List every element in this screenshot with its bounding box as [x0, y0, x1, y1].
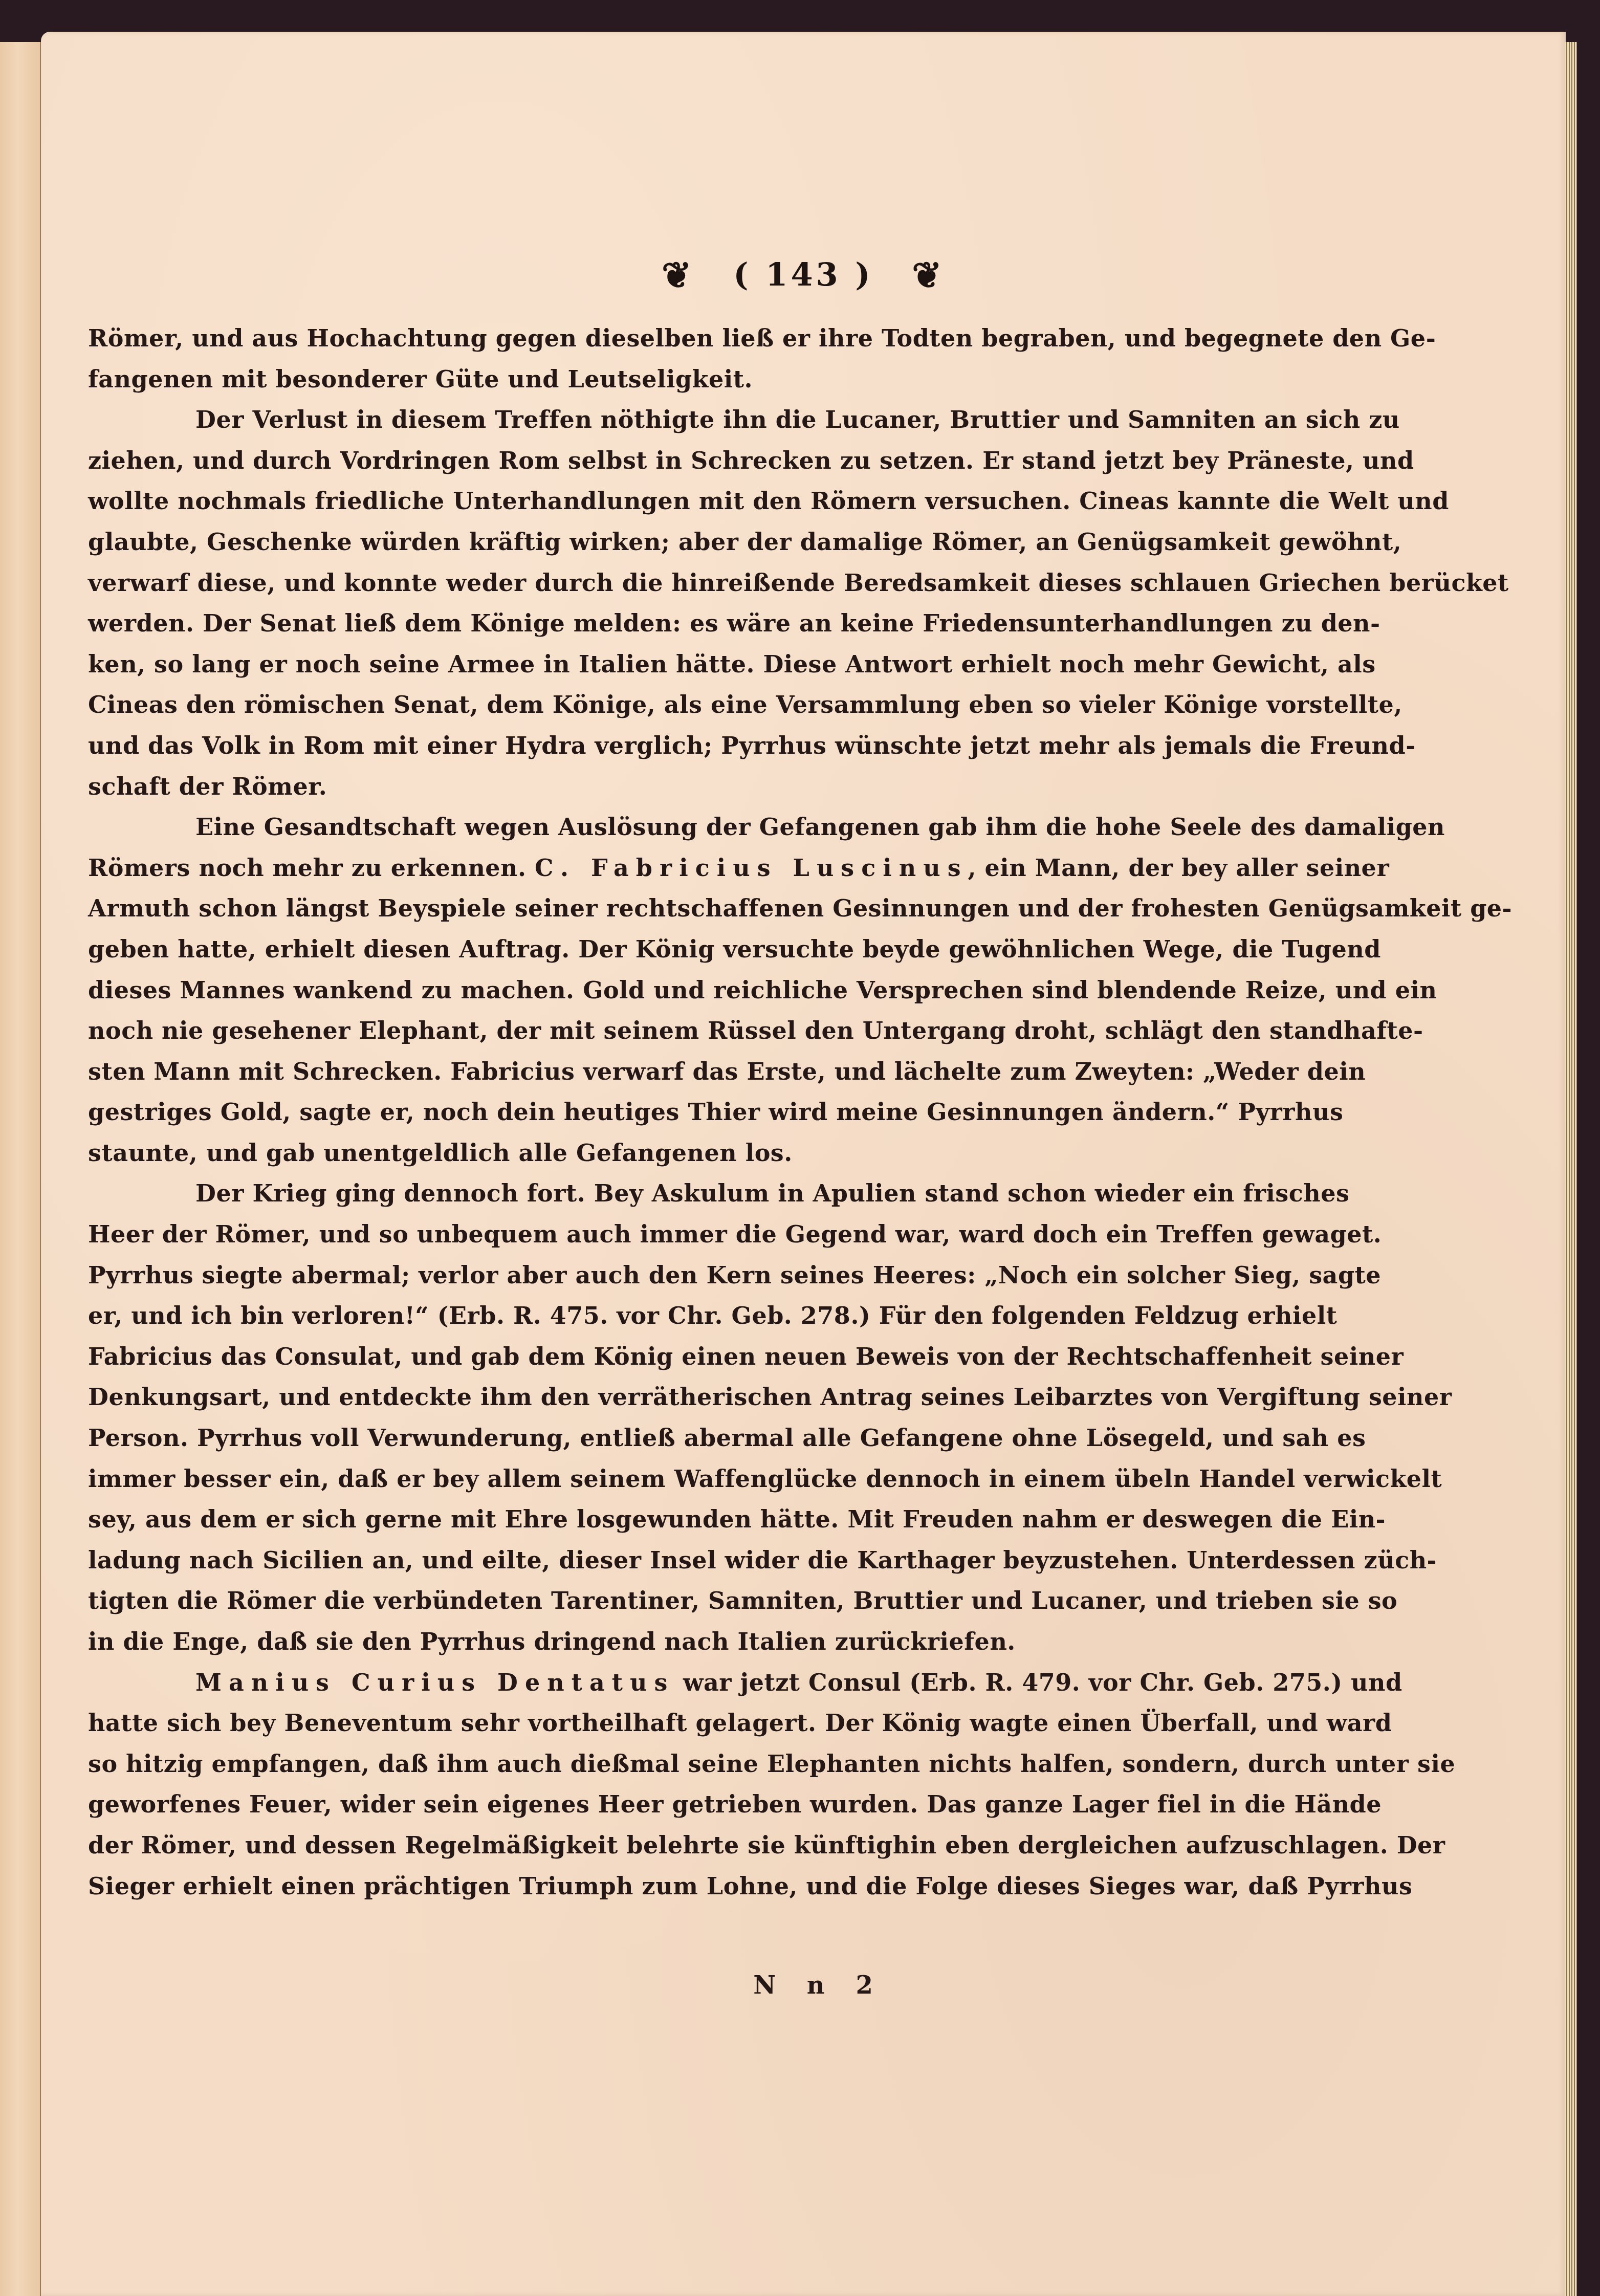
text-line: Armuth schon längst Beyspiele seiner rec… — [88, 888, 1328, 929]
text-line: Denkungsart, und entdeckte ihm den verrä… — [88, 1377, 1328, 1418]
running-head: ❦ ( 143 ) ❦ — [41, 252, 1566, 294]
text-line: er, und ich bin verloren!“ (Erb. R. 475.… — [88, 1296, 1328, 1337]
text-line: ladung nach Sicilien an, und eilte, dies… — [88, 1540, 1328, 1581]
page-block-edges — [1565, 42, 1577, 2296]
text-line: Römer, und aus Hochachtung gegen dieselb… — [88, 318, 1328, 359]
text-line: in die Enge, daß sie den Pyrrhus dringen… — [88, 1622, 1328, 1663]
text-line: Pyrrhus siegte abermal; verlor aber auch… — [88, 1255, 1328, 1296]
text-line: werden. Der Senat ließ dem Könige melden… — [88, 603, 1328, 644]
signature-mark: N n 2 — [41, 1971, 1566, 2000]
text-line: staunte, und gab unentgeldlich alle Gefa… — [88, 1133, 1328, 1174]
text-line: so hitzig empfangen, daß ihm auch dießma… — [88, 1744, 1328, 1785]
book-page: ❦ ( 143 ) ❦ Römer, und aus Hochachtung g… — [41, 32, 1566, 2296]
fleuron-left-icon: ❦ — [662, 254, 695, 296]
text-line: Fabricius das Consulat, und gab dem Köni… — [88, 1337, 1328, 1377]
text-line: fangenen mit besonderer Güte und Leutsel… — [88, 359, 1328, 400]
text-line: Eine Gesandtschaft wegen Auslösung der G… — [88, 807, 1328, 848]
text-line: Cineas den römischen Senat, dem Könige, … — [88, 685, 1328, 726]
text-line: hatte sich bey Beneventum sehr vortheilh… — [88, 1703, 1328, 1744]
text-line: glaubte, Geschenke würden kräftig wirken… — [88, 522, 1328, 563]
previous-page-edge — [0, 42, 41, 2296]
text-line: wollte nochmals friedliche Unterhandlung… — [88, 481, 1328, 522]
page-number: ( 143 ) — [733, 256, 873, 293]
text-line: Manius Curius Dentatus war jetzt Consul … — [88, 1663, 1328, 1703]
text-line: Der Krieg ging dennoch fort. Bey Askulum… — [88, 1173, 1328, 1214]
text-line: immer besser ein, daß er bey allem seine… — [88, 1459, 1328, 1500]
text-line: noch nie gesehener Elephant, der mit sei… — [88, 1011, 1328, 1052]
fleuron-right-icon: ❦ — [912, 254, 945, 296]
text-line: ken, so lang er noch seine Armee in Ital… — [88, 644, 1328, 685]
text-line: geworfenes Feuer, wider sein eigenes Hee… — [88, 1784, 1328, 1825]
text-line: und das Volk in Rom mit einer Hydra verg… — [88, 726, 1328, 767]
text-line: der Römer, und dessen Regelmäßigkeit bel… — [88, 1825, 1328, 1866]
body-text: Römer, und aus Hochachtung gegen dieselb… — [88, 318, 1328, 1907]
text-line: dieses Mannes wankend zu machen. Gold un… — [88, 970, 1328, 1011]
emphasized-name: C. Fabricius Luscinus — [535, 854, 968, 882]
text-line: Der Verlust in diesem Treffen nöthigte i… — [88, 400, 1328, 441]
text-line: Heer der Römer, und so unbequem auch imm… — [88, 1214, 1328, 1255]
text-line: schaft der Römer. — [88, 767, 1328, 807]
text-line: Römers noch mehr zu erkennen. C. Fabrici… — [88, 848, 1328, 889]
text-line: ziehen, und durch Vordringen Rom selbst … — [88, 441, 1328, 482]
text-line: sten Mann mit Schrecken. Fabricius verwa… — [88, 1052, 1328, 1092]
text-line: geben hatte, erhielt diesen Auftrag. Der… — [88, 929, 1328, 970]
text-line: sey, aus dem er sich gerne mit Ehre losg… — [88, 1499, 1328, 1540]
text-line: tigten die Römer die verbündeten Tarenti… — [88, 1581, 1328, 1622]
emphasized-name: Manius Curius Dentatus — [195, 1669, 674, 1696]
text-line: verwarf diese, und konnte weder durch di… — [88, 563, 1328, 604]
text-line: gestriges Gold, sagte er, noch dein heut… — [88, 1092, 1328, 1133]
text-line: Person. Pyrrhus voll Verwunderung, entli… — [88, 1418, 1328, 1459]
text-line: Sieger erhielt einen prächtigen Triumph … — [88, 1866, 1328, 1907]
